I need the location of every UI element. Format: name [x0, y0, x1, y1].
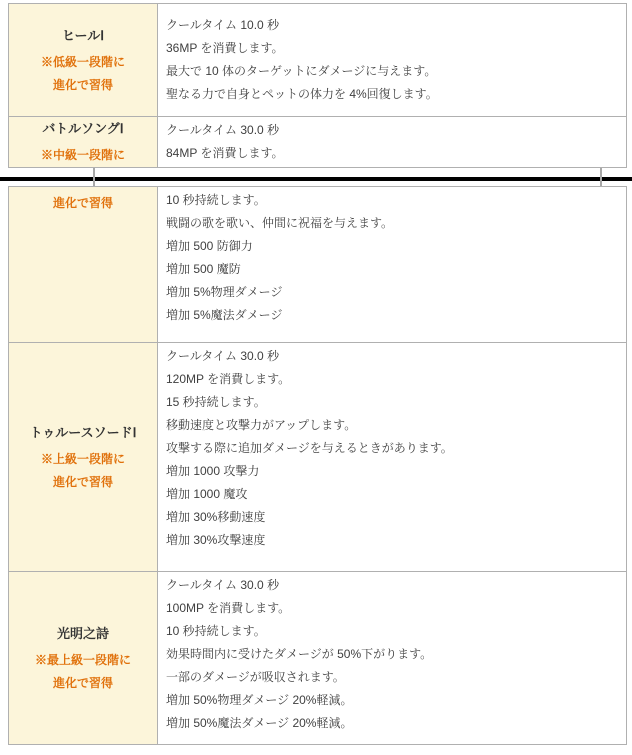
skill-description-cell: 10 秒持続します。 戦闘の歌を歌い、仲間に祝福を与えます。 増加 500 防御…	[158, 187, 626, 342]
table-row: 進化で習得 10 秒持続します。 戦闘の歌を歌い、仲間に祝福を与えます。 増加 …	[9, 187, 626, 342]
skill-name-cell: 進化で習得	[9, 187, 158, 342]
border-fragment-right	[600, 168, 602, 188]
skill-name: バトルソングⅠ	[42, 117, 123, 141]
skill-table-bottom: 進化で習得 10 秒持続します。 戦闘の歌を歌い、仲間に祝福を与えます。 増加 …	[8, 186, 627, 745]
skill-table-top: ヒールⅠ ※低級一段階に 進化で習得 クールタイム 10.0 秒 36MP を消…	[8, 3, 627, 168]
skill-evolution-note: ※上級一段階に 進化で習得	[41, 448, 125, 494]
table-row: 光明之詩 ※最上級一段階に 進化で習得 クールタイム 30.0 秒 100MP …	[9, 571, 626, 744]
skill-description: クールタイム 10.0 秒 36MP を消費します。 最大で 10 体のターゲッ…	[158, 14, 626, 106]
skill-evolution-note: ※中級一段階に	[41, 144, 125, 167]
skill-description: クールタイム 30.0 秒 120MP を消費します。 15 秒持続します。 移…	[158, 343, 626, 552]
skill-description: クールタイム 30.0 秒 100MP を消費します。 10 秒持続します。 効…	[158, 572, 626, 735]
page: ヒールⅠ ※低級一段階に 進化で習得 クールタイム 10.0 秒 36MP を消…	[0, 0, 632, 755]
skill-name: ヒールⅠ	[62, 24, 104, 48]
skill-evolution-note: ※低級一段階に 進化で習得	[41, 51, 125, 97]
skill-name-cell: ヒールⅠ ※低級一段階に 進化で習得	[9, 4, 158, 116]
skill-name-cell: バトルソングⅠ ※中級一段階に	[9, 117, 158, 167]
skill-description-cell: クールタイム 30.0 秒 120MP を消費します。 15 秒持続します。 移…	[158, 343, 626, 571]
skill-name-cell: 光明之詩 ※最上級一段階に 進化で習得	[9, 572, 158, 744]
table-row: トゥルースソードⅠ ※上級一段階に 進化で習得 クールタイム 30.0 秒 12…	[9, 342, 626, 571]
border-fragment-left	[93, 168, 95, 187]
skill-description-cell: クールタイム 30.0 秒 100MP を消費します。 10 秒持続します。 効…	[158, 572, 626, 744]
table-row: ヒールⅠ ※低級一段階に 進化で習得 クールタイム 10.0 秒 36MP を消…	[9, 4, 626, 116]
skill-evolution-note: ※最上級一段階に 進化で習得	[35, 649, 131, 695]
skill-evolution-note: 進化で習得	[53, 192, 113, 215]
skill-description: 10 秒持続します。 戦闘の歌を歌い、仲間に祝福を与えます。 増加 500 防御…	[158, 187, 626, 327]
skill-name: トゥルースソードⅠ	[30, 421, 137, 445]
skill-name-cell: トゥルースソードⅠ ※上級一段階に 進化で習得	[9, 343, 158, 571]
skill-description-cell: クールタイム 10.0 秒 36MP を消費します。 最大で 10 体のターゲッ…	[158, 4, 626, 116]
skill-name: 光明之詩	[57, 622, 109, 646]
skill-description: クールタイム 30.0 秒 84MP を消費します。	[158, 119, 626, 165]
table-row: バトルソングⅠ ※中級一段階に クールタイム 30.0 秒 84MP を消費しま…	[9, 116, 626, 167]
skill-description-cell: クールタイム 30.0 秒 84MP を消費します。	[158, 117, 626, 167]
